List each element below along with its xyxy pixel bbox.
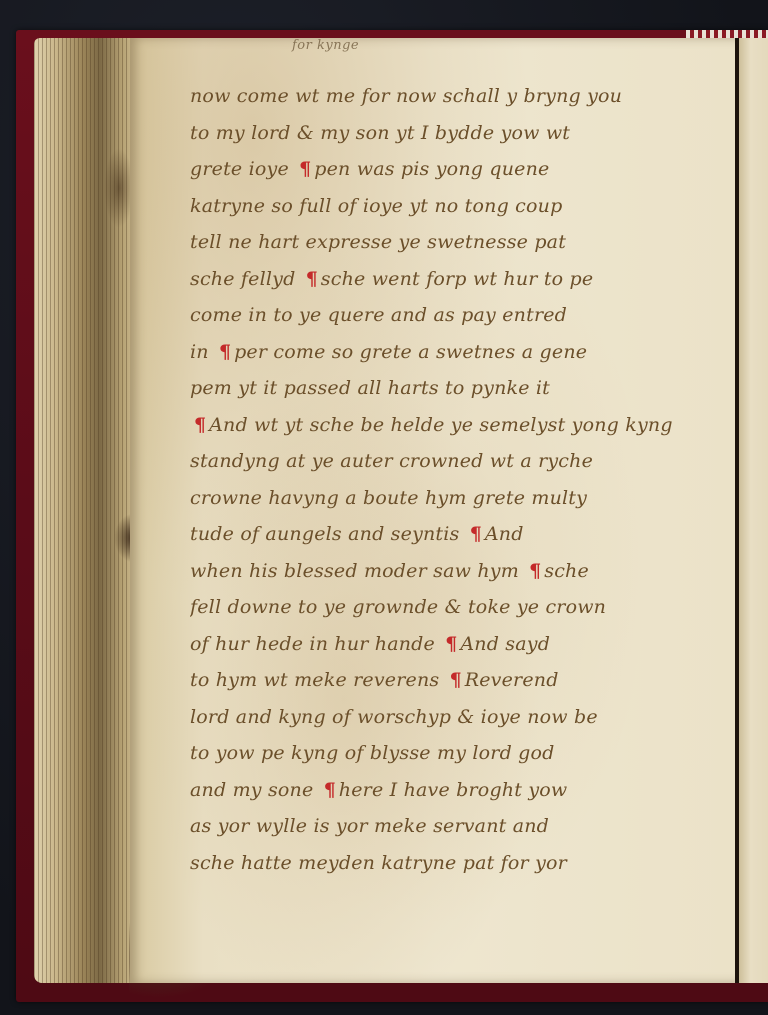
line-text: fell downe to ye grownde & toke ye crown: [190, 596, 606, 618]
rubric-paraph-mark: ¶: [470, 523, 481, 545]
manuscript-line: come in to ye quere and as pay entred: [190, 297, 740, 334]
line-text: And wt yt sche be helde ye semelyst yong…: [209, 414, 673, 436]
manuscript-line: grete ioye ¶pen was pis yong quene: [190, 151, 740, 188]
line-text: sche hatte meyden katryne pat for yor: [190, 852, 567, 874]
line-text: come in to ye quere and as pay entred: [190, 304, 567, 326]
manuscript-text: now come wt me for now schall y bryng yo…: [190, 78, 740, 881]
line-text: to my lord & my son yt I bydde yow wt: [190, 122, 570, 144]
rubric-paraph-mark: ¶: [306, 268, 317, 290]
manuscript-line: in ¶per come so grete a swetnes a gene: [190, 334, 740, 371]
line-text: pen was pis yong quene: [314, 158, 549, 180]
line-text: crowne havyng a boute hym grete multy: [190, 487, 587, 509]
line-text: and my sone: [190, 779, 313, 801]
rubric-paraph-mark: ¶: [324, 779, 335, 801]
rubric-paraph-mark: ¶: [194, 414, 205, 436]
rubric-paraph-mark: ¶: [445, 633, 456, 655]
rubric-paraph-mark: ¶: [450, 669, 461, 691]
manuscript-line: as yor wylle is yor meke servant and: [190, 808, 740, 845]
manuscript-line: tude of aungels and seyntis ¶And: [190, 516, 740, 553]
facing-page: [739, 38, 768, 983]
manuscript-line: lord and kyng of worschyp & ioye now be: [190, 699, 740, 736]
rubric-paraph-mark: ¶: [299, 158, 310, 180]
line-text: now come wt me for now schall y bryng yo…: [190, 85, 622, 107]
line-text: to hym wt meke reverens: [190, 669, 439, 691]
line-text: katryne so full of ioye yt no tong coup: [190, 195, 562, 217]
manuscript-line: of hur hede in hur hande ¶And sayd: [190, 626, 740, 663]
rubric-paraph-mark: ¶: [219, 341, 230, 363]
manuscript-line: tell ne hart expresse ye swetnesse pat: [190, 224, 740, 261]
manuscript-line: katryne so full of ioye yt no tong coup: [190, 188, 740, 225]
page-edges: [34, 38, 144, 983]
manuscript-line: now come wt me for now schall y bryng yo…: [190, 78, 740, 115]
manuscript-line: ¶And wt yt sche be helde ye semelyst yon…: [190, 407, 740, 444]
manuscript-line: standyng at ye auter crowned wt a ryche: [190, 443, 740, 480]
line-text: grete ioye: [190, 158, 289, 180]
line-text: tude of aungels and seyntis: [190, 523, 460, 545]
line-text: when his blessed moder saw hym: [190, 560, 519, 582]
manuscript-line: pem yt it passed all harts to pynke it: [190, 370, 740, 407]
line-text: of hur hede in hur hande: [190, 633, 435, 655]
manuscript-line: to my lord & my son yt I bydde yow wt: [190, 115, 740, 152]
manuscript-line: sche hatte meyden katryne pat for yor: [190, 845, 740, 882]
manuscript-line: when his blessed moder saw hym ¶sche: [190, 553, 740, 590]
manuscript-line: crowne havyng a boute hym grete multy: [190, 480, 740, 517]
line-text: per come so grete a swetnes a gene: [234, 341, 587, 363]
line-text: to yow pe kyng of blysse my lord god: [190, 742, 555, 764]
manuscript-line: and my sone ¶here I have broght yow: [190, 772, 740, 809]
manuscript-line: sche fellyd ¶sche went forp wt hur to pe: [190, 261, 740, 298]
line-text: standyng at ye auter crowned wt a ryche: [190, 450, 593, 472]
running-head: for kynge: [292, 38, 359, 53]
manuscript-line: to hym wt meke reverens ¶Reverend: [190, 662, 740, 699]
line-text: sche: [544, 560, 589, 582]
manuscript-line: fell downe to ye grownde & toke ye crown: [190, 589, 740, 626]
line-text: sche went forp wt hur to pe: [321, 268, 594, 290]
line-text: here I have broght yow: [339, 779, 568, 801]
line-text: lord and kyng of worschyp & ioye now be: [190, 706, 598, 728]
manuscript-line: to yow pe kyng of blysse my lord god: [190, 735, 740, 772]
line-text: tell ne hart expresse ye swetnesse pat: [190, 231, 566, 253]
line-text: in: [190, 341, 209, 363]
line-text: pem yt it passed all harts to pynke it: [190, 377, 550, 399]
line-text: Reverend: [465, 669, 559, 691]
line-text: sche fellyd: [190, 268, 295, 290]
rubric-paraph-mark: ¶: [529, 560, 540, 582]
line-text: as yor wylle is yor meke servant and: [190, 815, 549, 837]
line-text: And sayd: [460, 633, 550, 655]
line-text: And: [485, 523, 524, 545]
